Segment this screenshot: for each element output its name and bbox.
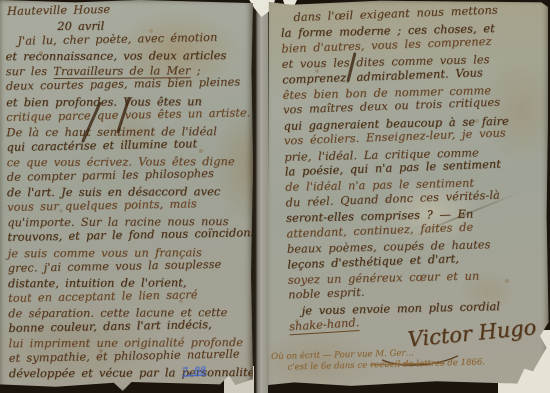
- page-gap-backing: [250, 0, 268, 393]
- manuscript-line: vous sur quelques points, mais: [7, 196, 249, 216]
- letter-page-1: Hauteville House 20 avril J'ai lu, cher …: [0, 0, 253, 393]
- page1-body-lines: deux courtes pages, mais bien pleineset …: [6, 77, 251, 381]
- page2-text: dans l'œil exigeant nous mettonsla forme…: [266, 0, 550, 360]
- title-prefix: sur les: [6, 65, 54, 78]
- manuscript-line: deux courtes pages, mais bien pleines: [6, 75, 248, 95]
- blue-pencil-mark: 7. 88: [182, 365, 207, 377]
- manuscript-line: développée et vécue par la personnalité: [9, 365, 251, 381]
- manuscript-photo: Hauteville House 20 avril J'ai lu, cher …: [0, 0, 550, 393]
- struck-text: recueil de lettres: [370, 358, 445, 370]
- page1-opening-lines: J'ai lu, cher poète, avec émotionet reco…: [5, 32, 247, 65]
- letter-page-2: dans l'œil exigeant nous mettonsla forme…: [266, 0, 550, 393]
- manuscript-line: et sympathie, et philosophie naturelle: [9, 346, 251, 366]
- page1-text: Hauteville House 20 avril J'ai lu, cher …: [0, 0, 257, 381]
- manuscript-line: J'ai lu, cher poète, avec émotion: [5, 29, 247, 49]
- annotation-post: de 1866.: [444, 357, 485, 368]
- annotation-pre: c'est le 6e dans ce: [287, 360, 370, 372]
- place-line: Hauteville House: [5, 0, 247, 19]
- manuscript-line: et reconnaissance, vos deux articles: [6, 48, 248, 64]
- foxing-spots: [0, 0, 2, 2]
- manuscript-line: trouvons, et par le fond nous coïncidons…: [7, 226, 249, 246]
- page2-body-lines: dans l'œil exigeant nous mettonsla forme…: [280, 3, 550, 303]
- manuscript-line: de compter parmi les philosophes: [7, 165, 249, 185]
